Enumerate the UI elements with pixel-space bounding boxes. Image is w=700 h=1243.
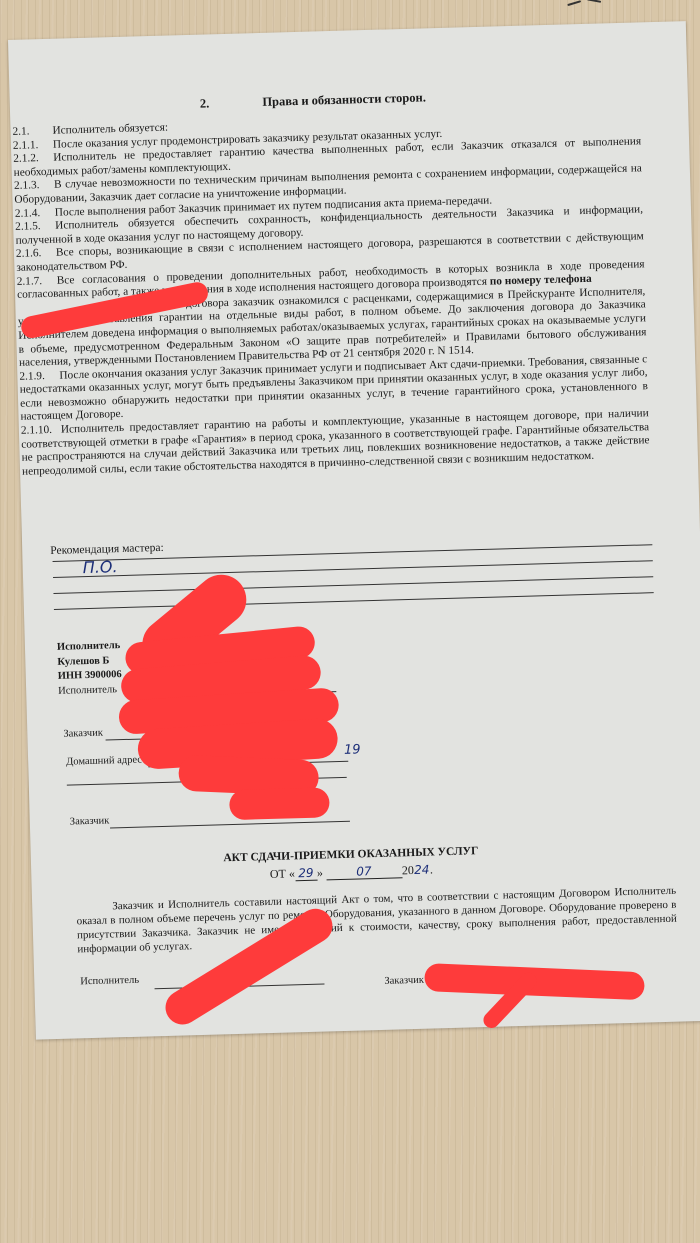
customer-sign-line bbox=[110, 821, 350, 829]
date-month: 07 bbox=[326, 863, 402, 880]
handwritten-recommendation: П.О. bbox=[82, 557, 117, 577]
recommendation-line bbox=[54, 592, 654, 610]
section-heading: Права и обязанности сторон. bbox=[262, 90, 426, 109]
clause-number: 2.1.2. bbox=[13, 152, 53, 167]
clause-number: 2.1.10. bbox=[21, 424, 61, 439]
clause-number: 2.1.3. bbox=[14, 179, 54, 194]
document-sheet: 2. Права и обязанности сторон. 2.1.Испол… bbox=[8, 21, 700, 1040]
clause-bold-text: по номеру телефона bbox=[490, 273, 592, 288]
date-year-prefix: 20 bbox=[402, 863, 414, 877]
act-paragraph: Заказчик и Исполнитель составили настоящ… bbox=[76, 884, 677, 957]
date-end: . bbox=[430, 862, 433, 876]
date-prefix: ОТ « bbox=[270, 866, 295, 881]
executor-sign-label: Исполнитель bbox=[58, 683, 122, 699]
pen-mark bbox=[567, 0, 581, 6]
recommendation-line bbox=[53, 576, 653, 594]
date-year-suffix: 24 bbox=[414, 863, 430, 877]
handwritten-address-number: 19 bbox=[344, 742, 361, 757]
clauses-list: 2.1.Исполнитель обязуется:2.1.1.После ок… bbox=[12, 108, 650, 479]
section-number: 2. bbox=[200, 96, 210, 110]
clause-number: 2.1. bbox=[12, 125, 52, 140]
executor-inn: ИНН 3900006 bbox=[58, 668, 122, 684]
home-address-label: Домашний адрес bbox=[66, 755, 142, 768]
date-mid: » bbox=[317, 866, 323, 880]
executor-details: Исполнитель Кулешов Б ИНН 3900006 Исполн… bbox=[57, 639, 122, 699]
clause-text: Исполнитель обязуется: bbox=[52, 122, 168, 137]
recommendation-line bbox=[53, 560, 653, 578]
customer-label: Заказчик bbox=[63, 728, 103, 740]
clause-number: 2.1.9. bbox=[19, 369, 59, 384]
pen-mark bbox=[587, 0, 601, 3]
redaction-mark bbox=[229, 787, 330, 820]
clause-number: 2.1.6. bbox=[16, 247, 56, 262]
act-customer-label: Заказчик bbox=[384, 975, 424, 987]
clause-number: 2.1.1. bbox=[13, 138, 53, 153]
act-text: Заказчик и Исполнитель составили настоящ… bbox=[76, 884, 677, 957]
executor-heading: Исполнитель bbox=[57, 639, 121, 655]
recommendation-label: Рекомендация мастера: bbox=[50, 542, 164, 557]
clause-number: 2.1.7. bbox=[17, 274, 57, 289]
clause-number: 2.1.5. bbox=[15, 220, 55, 235]
clause-number: 2.1.4. bbox=[15, 206, 55, 221]
date-day: 29 bbox=[295, 866, 317, 882]
customer-label-2: Заказчик bbox=[70, 815, 110, 827]
act-executor-label: Исполнитель bbox=[80, 975, 139, 988]
section-title: 2. Права и обязанности сторон. bbox=[200, 90, 426, 111]
